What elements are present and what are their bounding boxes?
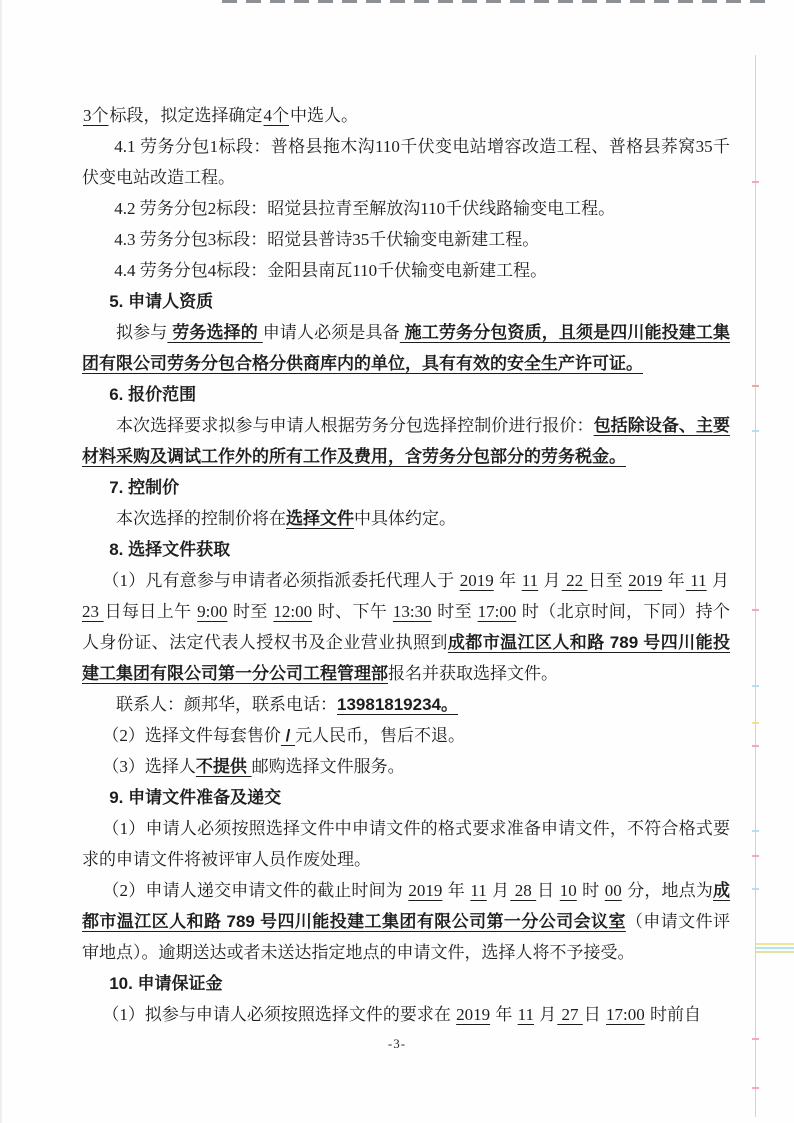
para-9-1: （1）申请人必须按照选择文件中申请文件的格式要求准备申请文件，不符合格式要求的申… [82, 813, 730, 875]
scan-color-tick [752, 1087, 759, 1089]
text-run: 年 [663, 571, 685, 590]
text-run: 中具体约定。 [354, 509, 456, 528]
text-run: 不提供 [196, 757, 252, 776]
scan-color-tick [752, 685, 759, 687]
text-run: 5. 申请人资质 [109, 292, 213, 311]
page-number: -3- [0, 1036, 794, 1052]
text-run: 月 [535, 1005, 556, 1024]
document-body: 3个标段，拟定选择确定4个中选人。4.1 劳务分包1标段：普格县拖木沟110千伏… [82, 100, 730, 1030]
text-run: 6. 报价范围 [109, 385, 196, 404]
heading-8-document-acquisition: 8. 选择文件获取 [82, 534, 730, 565]
text-run: 11 [685, 571, 708, 590]
text-run: 时 [578, 881, 604, 900]
para-6-scope: 本次选择要求拟参与申请人根据劳务分包选择控制价进行报价：包括除设备、主要材料采购… [82, 410, 730, 472]
scan-color-tick [752, 430, 759, 432]
text-run: 年 [443, 881, 469, 900]
text-run: 2019 [459, 571, 495, 590]
document-page: 3个标段，拟定选择确定4个中选人。4.1 劳务分包1标段：普格县拖木沟110千伏… [0, 0, 794, 1123]
text-run: 分，地点为 [623, 881, 713, 900]
text-run: 时、下午 [313, 602, 392, 621]
text-run: 22 [561, 571, 589, 590]
text-run: 时至 [433, 602, 477, 621]
heading-9-application-submission: 9. 申请文件准备及递交 [82, 782, 730, 813]
para-contact: 联系人：颜邦华，联系电话：13981819234。 [82, 689, 730, 720]
text-run: 元人民币，售后不退。 [295, 726, 465, 745]
heading-10-application-deposit: 10. 申请保证金 [82, 968, 730, 999]
text-run: 9. 申请文件准备及递交 [109, 788, 281, 807]
scan-color-tick [752, 745, 759, 747]
para-5-qualification: 拟参与 劳务选择的 申请人必须是具备 施工劳务分包资质，且须是四川能投建工集团有… [82, 317, 730, 379]
text-run: 3个 [82, 106, 110, 125]
text-run: 中选人。 [290, 106, 358, 125]
text-run: 报名并获取选择文件。 [388, 664, 558, 683]
text-run: 2019 [407, 881, 443, 900]
scan-color-tick [752, 855, 759, 857]
heading-6-quote-scope: 6. 报价范围 [82, 379, 730, 410]
scan-color-tick [752, 888, 759, 890]
scan-color-stripe [756, 947, 794, 949]
text-run: 13981819234。 [337, 695, 458, 714]
text-run: 月 [488, 881, 510, 900]
scan-color-tick [752, 722, 759, 724]
para-10-1: （1）拟参与申请人必须按照选择文件的要求在 2019 年 11 月 27 日 1… [82, 999, 730, 1030]
scan-color-stripe [756, 943, 794, 945]
scan-artifact-top-edge [222, 0, 770, 3]
text-run: 4.4 劳务分包4标段：金阳县南瓦110千伏输变电新建工程。 [114, 261, 547, 280]
scan-color-stripe [756, 951, 794, 953]
scan-color-tick [752, 181, 759, 183]
para-8-1: （1）凡有意参与申请者必须指派委托代理人于 2019 年 11 月 22 日至 … [82, 565, 730, 689]
para-7-control-price: 本次选择的控制价将在选择文件中具体约定。 [82, 503, 730, 534]
text-run: 7. 控制价 [109, 478, 179, 497]
text-run: 时前自 [646, 1005, 701, 1024]
item-4-4: 4.4 劳务分包4标段：金阳县南瓦110千伏输变电新建工程。 [82, 255, 730, 286]
text-run: / [281, 726, 295, 745]
text-run: 4.2 劳务分包2标段：昭觉县拉青至解放沟110千伏线路输变电工程。 [114, 199, 615, 218]
text-run: 11 [517, 1005, 535, 1024]
text-run: 月 [708, 571, 729, 590]
item-4-2: 4.2 劳务分包2标段：昭觉县拉青至解放沟110千伏线路输变电工程。 [82, 193, 730, 224]
para-9-2: （2）申请人递交申请文件的截止时间为 2019 年 11 月 28 日 10 时… [82, 875, 730, 968]
text-run: 9:00 [196, 602, 228, 621]
text-run: （2）选择文件每套售价 [102, 726, 281, 745]
para-8-3: （3）选择人不提供 邮购选择文件服务。 [82, 751, 730, 782]
text-run: 劳务选择的 [167, 323, 262, 342]
text-run: 邮购选择文件服务。 [252, 757, 405, 776]
heading-5-applicant-qualification: 5. 申请人资质 [82, 286, 730, 317]
text-run: （2）申请人递交申请文件的截止时间为 [102, 881, 407, 900]
text-run: （1）申请人必须按照选择文件中申请文件的格式要求准备申请文件，不符合格式要求的申… [82, 819, 730, 869]
text-run: 12:00 [272, 602, 313, 621]
text-run: （1）拟参与申请人必须按照选择文件的要求在 [102, 1005, 455, 1024]
text-run: 本次选择的控制价将在 [116, 509, 286, 528]
text-run: 10 [559, 881, 578, 900]
text-run: 11 [521, 571, 539, 590]
text-run: （3）选择人 [102, 757, 196, 776]
text-run: 标段，拟定选择确定 [110, 106, 263, 125]
text-run: 联系人：颜邦华，联系电话： [116, 695, 337, 714]
text-run: 拟参与 [116, 323, 167, 342]
scan-color-tick [752, 609, 759, 611]
item-4-1: 4.1 劳务分包1标段：普格县拖木沟110千伏变电站增容改造工程、普格县荞窝35… [82, 131, 730, 193]
text-run: 28 [509, 881, 537, 900]
text-run: 本次选择要求拟参与申请人根据劳务分包选择控制价进行报价： [116, 416, 594, 435]
text-run: 27 [556, 1005, 584, 1024]
text-run: 8. 选择文件获取 [109, 540, 230, 559]
text-run: 4.1 劳务分包1标段：普格县拖木沟110千伏变电站增容改造工程、普格县荞窝35… [82, 137, 730, 187]
para-8-2: （2）选择文件每套售价 / 元人民币，售后不退。 [82, 720, 730, 751]
heading-7-control-price: 7. 控制价 [82, 472, 730, 503]
text-run: 13:30 [392, 602, 433, 621]
scan-artifact-right-edge [755, 55, 756, 1117]
text-run: 10. 申请保证金 [109, 974, 222, 993]
text-run: 11 [469, 881, 487, 900]
text-run: 选择文件 [286, 509, 354, 528]
text-run: 日每日上午 [105, 602, 197, 621]
text-run: 17:00 [477, 602, 518, 621]
text-run: 4.3 劳务分包3标段：昭觉县普诗35千伏输变电新建工程。 [114, 230, 539, 249]
scan-color-tick [752, 385, 759, 387]
scan-artifact-left-edge [0, 0, 2, 1123]
text-run: 日 [584, 1005, 605, 1024]
text-run: 申请人必须是具备 [263, 323, 400, 342]
text-run: 日 [537, 881, 559, 900]
item-4-3: 4.3 劳务分包3标段：昭觉县普诗35千伏输变电新建工程。 [82, 224, 730, 255]
text-run: 月 [539, 571, 561, 590]
text-run: 年 [491, 1005, 517, 1024]
text-run: 2019 [455, 1005, 491, 1024]
text-run: 日至 [589, 571, 628, 590]
text-run: 时至 [228, 602, 272, 621]
text-run: 4个 [263, 106, 291, 125]
para-continued-lots: 3个标段，拟定选择确定4个中选人。 [82, 100, 730, 131]
text-run: 17:00 [605, 1005, 646, 1024]
text-run: 2019 [627, 571, 663, 590]
text-run: 年 [495, 571, 521, 590]
text-run: 00 [604, 881, 623, 900]
text-run: （1）凡有意参与申请者必须指派委托代理人于 [102, 571, 458, 590]
scan-color-tick [752, 830, 759, 832]
